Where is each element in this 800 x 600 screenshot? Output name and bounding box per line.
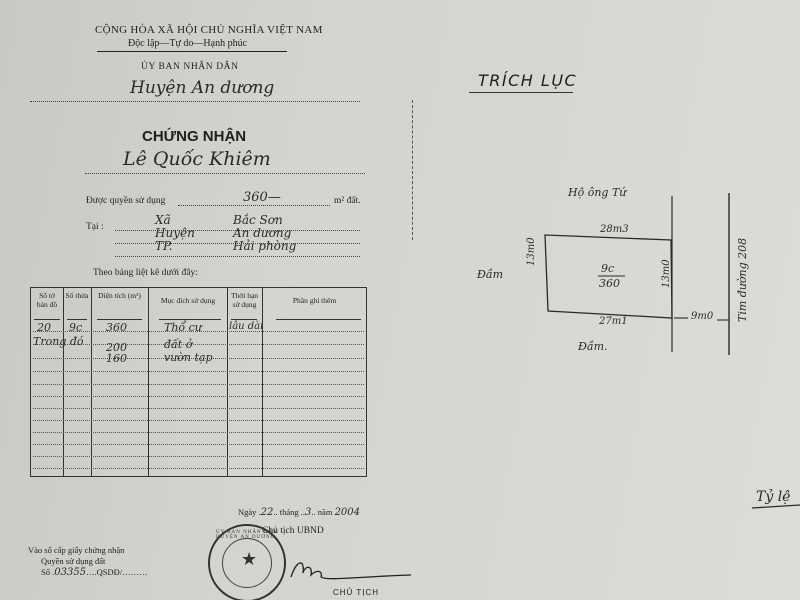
- cell-purpose: vườn tạp: [164, 351, 213, 364]
- header-underline: [34, 319, 60, 320]
- register-entry: Vào sổ cấp giấy chứng nhận Quyền sử dụng…: [28, 545, 148, 578]
- stamp-inner-ring: ★: [222, 538, 272, 588]
- cell-map-sheet: Trong đó: [33, 335, 84, 348]
- table-row-line: [33, 444, 364, 445]
- motto: Độc lập—Tự do—Hạnh phúc: [128, 38, 247, 49]
- area-value: 360—: [243, 190, 281, 205]
- district-handwritten: Huyện An dương: [130, 78, 274, 98]
- header-underline: [97, 319, 142, 320]
- location-label: Tại :: [86, 222, 104, 232]
- date-day-label: Ngày: [238, 507, 256, 517]
- cell-area: 360: [106, 321, 127, 334]
- cell-purpose: đất ở: [164, 338, 192, 351]
- header-underline: [159, 319, 221, 320]
- column-divider: [148, 288, 149, 476]
- register-line-1: Vào sổ cấp giấy chứng nhận: [28, 545, 148, 556]
- committee-heading: ỦY BAN NHÂN DÂN: [141, 62, 239, 72]
- header-rule: [97, 51, 287, 52]
- holder-name: Lê Quốc Khiêm: [123, 148, 271, 170]
- table-row-line: [33, 456, 364, 457]
- location-city-row: TP. Hải phòng: [115, 244, 360, 257]
- location-name: Bắc Sơn: [233, 213, 283, 227]
- header-parcel-number: Số thửa: [65, 291, 89, 300]
- header-purpose: Mục đích sử dụng: [151, 296, 225, 305]
- register-suffix: ….QSDĐ/………: [86, 567, 148, 577]
- parcel-number: 9c: [601, 262, 614, 275]
- table-row-line: [33, 420, 364, 421]
- holder-dotted-line: [85, 173, 365, 174]
- top-edge-length: 28m3: [600, 224, 629, 235]
- register-prefix: Số .: [41, 567, 54, 577]
- road-offset-length: 9m0: [691, 311, 713, 322]
- cell-term: lâu dài: [229, 321, 263, 332]
- area-label: Được quyền sử dụng: [86, 196, 165, 206]
- signature: [283, 555, 413, 585]
- cell-parcel: 9c: [69, 321, 82, 334]
- nation-heading: CỘNG HÒA XÃ HỘI CHỦ NGHĨA VIỆT NAM: [95, 24, 323, 36]
- scale-label: Tỷ lệ: [756, 489, 790, 505]
- table-row-line: [33, 432, 364, 433]
- header-area: Diện tích (m²): [93, 291, 146, 300]
- register-line-3: Số .03355….QSDĐ/………: [28, 567, 148, 578]
- header-underline: [276, 319, 361, 320]
- issue-date: Ngày .22.. tháng ..3.. năm 2004: [238, 507, 360, 518]
- column-divider: [91, 288, 92, 476]
- location-name: Hải phòng: [233, 239, 296, 253]
- star-emblem-icon: ★: [241, 549, 257, 570]
- parcel-table: Số tờ bản đồ Số thửa Diện tích (m²) Mục …: [30, 287, 367, 477]
- header-notes: Phần ghi thêm: [267, 296, 362, 305]
- date-month-label: tháng: [280, 507, 299, 517]
- date-month: 3: [305, 507, 311, 518]
- parcel-area: 360: [599, 277, 620, 290]
- column-divider: [227, 288, 228, 476]
- table-row-line: [33, 371, 364, 372]
- table-row-line: [33, 396, 364, 397]
- location-level: Huyện: [155, 226, 195, 240]
- district-dotted-line: [30, 101, 360, 102]
- north-neighbor-label: Hộ ông Tứ: [568, 186, 626, 199]
- south-neighbor-label: Đầm.: [578, 340, 608, 353]
- certificate-title: CHỨNG NHẬN: [142, 128, 246, 145]
- page-fold-line: [412, 100, 413, 240]
- table-row-line: [33, 468, 364, 469]
- header-underline: [231, 319, 257, 320]
- right-edge-length: 13m0: [661, 259, 672, 288]
- header-underline: [67, 319, 87, 320]
- date-year: 2004: [335, 507, 360, 518]
- location-level: TP.: [155, 239, 172, 253]
- official-stamp: ỦY BAN NHÂN DÂN HUYỆN AN DƯƠNG ★: [208, 524, 286, 600]
- header-term: Thời hạn sử dụng: [228, 291, 261, 309]
- left-edge-length: 13m0: [526, 237, 537, 266]
- area-dotted-line: [178, 205, 330, 206]
- road-label: Tim đường 208: [736, 238, 749, 322]
- cell-area: 160: [106, 352, 127, 365]
- area-unit: m² đất.: [334, 196, 361, 206]
- bottom-edge-length: 27m1: [599, 316, 628, 327]
- location-level: Xã: [155, 213, 171, 227]
- register-line-2: Quyền sử dụng đất: [28, 556, 148, 567]
- date-day: 22: [261, 507, 274, 518]
- header-map-sheet: Số tờ bản đồ: [33, 291, 61, 309]
- column-divider: [262, 288, 263, 476]
- table-row-line: [33, 384, 364, 385]
- location-name: An dương: [233, 226, 291, 240]
- column-divider: [63, 288, 64, 476]
- table-intro: Theo bảng liệt kê dưới đây:: [93, 268, 198, 278]
- west-neighbor-label: Đầm: [477, 268, 503, 281]
- date-year-label: năm: [318, 507, 333, 517]
- register-number: 03355: [54, 567, 86, 578]
- cell-purpose: Thổ cư: [164, 321, 202, 334]
- table-row-line: [33, 408, 364, 409]
- cell-map-sheet: 20: [37, 321, 51, 334]
- signer-title: CHỦ TỊCH: [333, 588, 379, 597]
